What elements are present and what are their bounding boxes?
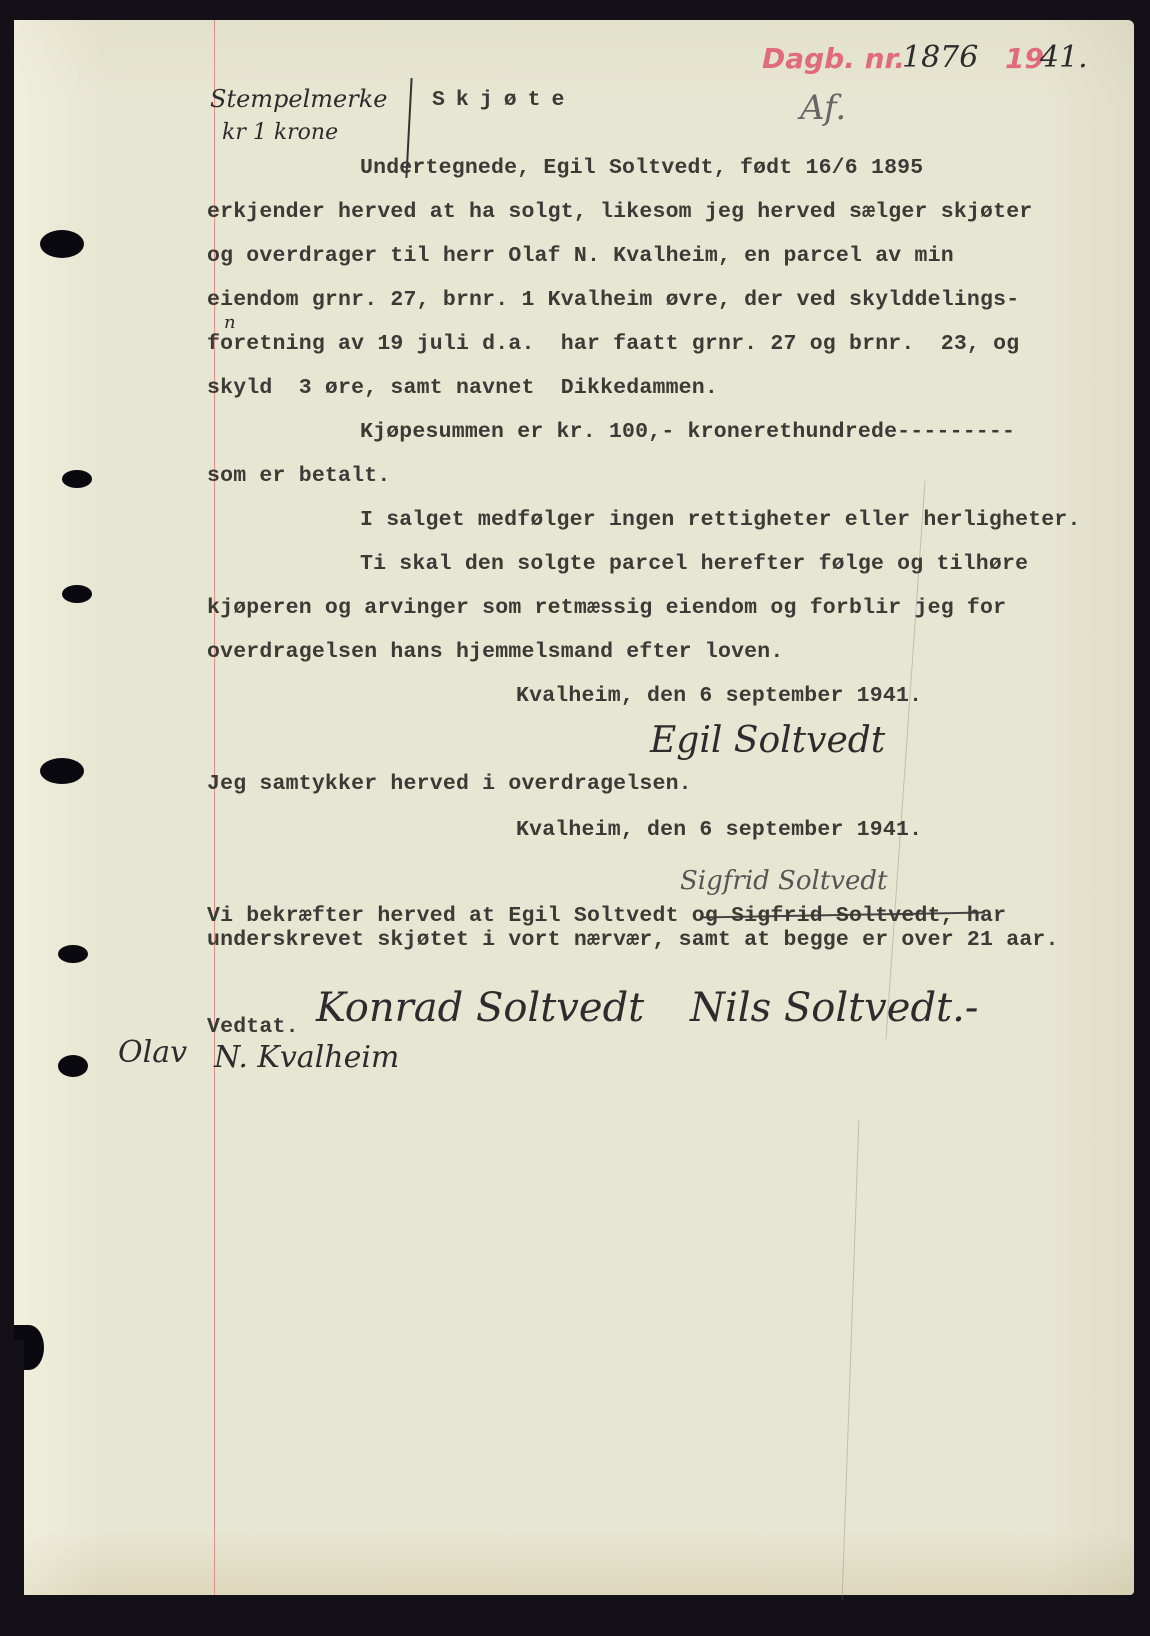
body-line: eiendom grnr. 27, brnr. 1 Kvalheim øvre,… (207, 288, 1019, 312)
place-date: Kvalheim, den 6 september 1941. (516, 818, 922, 842)
journal-number: 1876 (902, 40, 978, 75)
punch-hole (40, 758, 84, 784)
body-line: foretning av 19 juli d.a. har faatt grnr… (207, 332, 1019, 356)
body-line: og overdrager til herr Olaf N. Kvalheim,… (207, 244, 954, 268)
consent-line: Jeg samtykker herved i overdragelsen. (207, 772, 692, 796)
witness-line: underskrevet skjøtet i vort nærvær, samt… (207, 928, 1059, 952)
stamp-note-line2: kr 1 krone (222, 120, 338, 145)
witness-signature: Konrad Soltvedt (316, 985, 644, 1031)
body-line: erkjender herved at ha solgt, likesom je… (207, 200, 1032, 224)
punch-hole (62, 470, 92, 488)
journal-year-printed: 19 (1005, 42, 1044, 75)
place-date: Kvalheim, den 6 september 1941. (516, 684, 922, 708)
body-line: Undertegnede, Egil Soltvedt, født 16/6 1… (360, 156, 923, 180)
body-line: Kjøpesummen er kr. 100,- kronerethundred… (360, 420, 1015, 444)
witness-line: Vi bekræfter herved at Egil Soltvedt og … (207, 904, 1006, 928)
journal-stamp-label: Dagb. nr. (762, 42, 905, 75)
punch-hole (58, 1055, 88, 1077)
correction-mark: n (224, 312, 236, 333)
body-line: overdragelsen hans hjemmelsmand efter lo… (207, 640, 784, 664)
journal-year-handwritten: 41. (1040, 40, 1088, 75)
punch-hole (58, 945, 88, 963)
buyer-signature-first: Olav (118, 1035, 187, 1070)
clerk-initials: Af. (800, 88, 846, 128)
body-line: som er betalt. (207, 464, 390, 488)
buyer-signature-last: N. Kvalheim (214, 1040, 399, 1075)
stamp-note-line1: Stempelmerke (210, 85, 387, 113)
torn-edge (14, 1340, 24, 1620)
document-title: Skjøte (432, 88, 575, 112)
body-line: kjøperen og arvinger som retmæssig eiend… (207, 596, 1006, 620)
accepted-label: Vedtat. (207, 1015, 299, 1039)
witness-signature: Nils Soltvedt.- (690, 985, 978, 1031)
body-line: Ti skal den solgte parcel herefter følge… (360, 552, 1028, 576)
punch-hole (62, 585, 92, 603)
spouse-signature: Sigfrid Soltvedt (680, 866, 887, 896)
seller-signature: Egil Soltvedt (650, 720, 885, 761)
punch-hole (40, 230, 84, 258)
body-line: skyld 3 øre, samt navnet Dikkedammen. (207, 376, 718, 400)
body-line: I salget medfølger ingen rettigheter ell… (360, 508, 1081, 532)
